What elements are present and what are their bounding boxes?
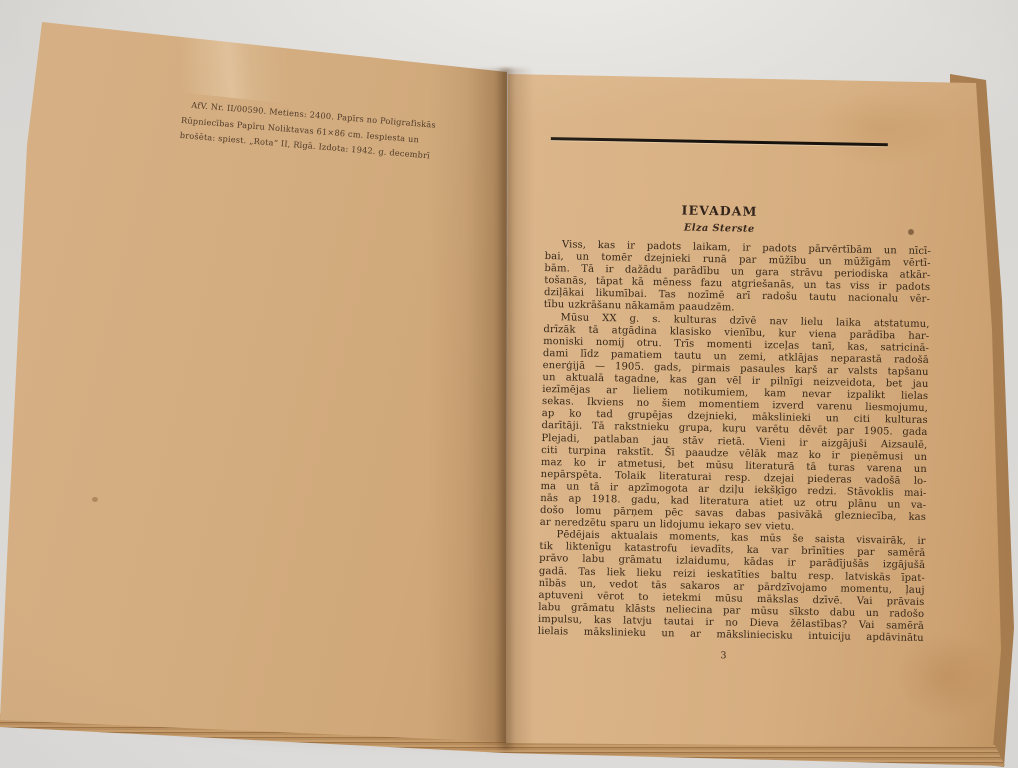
book-gutter-shadow [468, 68, 544, 750]
header-rule [551, 137, 888, 146]
paragraph-1: Viss, kas ir padots laikam, ir padots pā… [544, 239, 931, 319]
paper-crease-highlight [97, 12, 373, 112]
author-name: Elza Sterste [545, 220, 893, 237]
paper-stain [92, 497, 98, 502]
right-page-content: IEVADAM Elza Sterste Viss, kas ir padots… [537, 131, 933, 665]
photo-backdrop: AfV. Nr. II/00590. Metiens: 2400. Papīrs… [0, 0, 1018, 768]
chapter-title: IEVADAM [545, 200, 893, 221]
page-number: 3 [537, 647, 909, 665]
paragraph-3: Pēdējais aktualais moments, kas mūs še s… [538, 529, 926, 645]
imprint-text: AfV. Nr. II/00590. Metiens: 2400. Papīrs… [179, 97, 454, 166]
body-text: Viss, kas ir padots laikam, ir padots pā… [538, 239, 931, 645]
paragraph-2: Mūsu XX g. s. kulturas dzīvē nav lielu l… [540, 312, 930, 537]
